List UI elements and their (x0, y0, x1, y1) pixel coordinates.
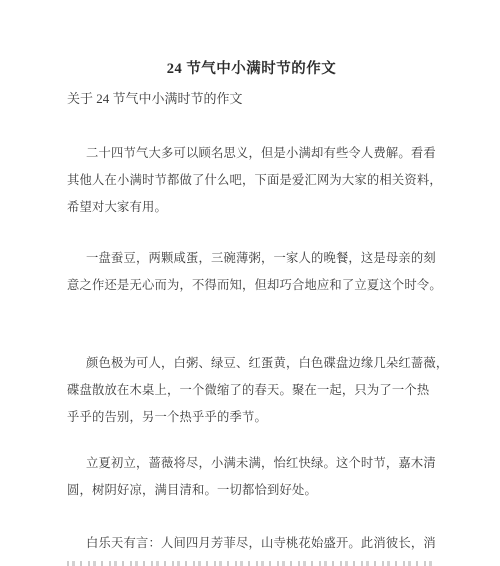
paragraph-5: 白乐天有言：人间四月芳菲尽，山寺桃花始盛开。此消彼长，消 (67, 530, 436, 557)
text-line: 意之作还是无心而为，不得而知，但却巧合地应和了立夏这个时令。 (67, 272, 436, 299)
text-line: 碟盘散放在木桌上，一个微缩了的春天。聚在一起，只为了一个热 (67, 377, 436, 404)
text-line: 二十四节气大多可以顾名思义，但是小满却有些令人费解。看看 (67, 140, 436, 167)
text-line: 颜色极为可人，白粥、绿豆、红蛋黄，白色碟盘边缘几朵红蔷薇， (67, 350, 436, 377)
text-line: 乎乎的告别，另一个热乎乎的季节。 (67, 404, 436, 431)
paragraph-1: 二十四节气大多可以顾名思义，但是小满却有些令人费解。看看 其他人在小满时节都做了… (67, 140, 436, 221)
paragraph-3: 颜色极为可人，白粥、绿豆、红蛋黄，白色碟盘边缘几朵红蔷薇， 碟盘散放在木桌上，一… (67, 350, 436, 431)
paragraph-2: 一盘蚕豆，两颗咸蛋，三碗薄粥，一家人的晚餐，这是母亲的刻 意之作还是无心而为，不… (67, 245, 436, 299)
text-line: 其他人在小满时节都做了什么吧，下面是爱汇网为大家的相关资料， (67, 167, 436, 194)
paragraph-4: 立夏初立，蔷薇将尽，小满未满，怡红快绿。这个时节，嘉木清 圆，树阴好凉，满目清和… (67, 450, 436, 504)
text-line: 立夏初立，蔷薇将尽，小满未满，怡红快绿。这个时节，嘉木清 (67, 450, 436, 477)
text-line: 希望对大家有用。 (67, 194, 436, 221)
text-line: 一盘蚕豆，两颗咸蛋，三碗薄粥，一家人的晚餐，这是母亲的刻 (67, 245, 436, 272)
text-line: 白乐天有言：人间四月芳菲尽，山寺桃花始盛开。此消彼长，消 (67, 530, 436, 557)
document-subtitle: 关于 24 节气中小满时节的作文 (67, 90, 436, 108)
text-line: 圆，树阴好凉，满目清和。一切都恰到好处。 (67, 477, 436, 504)
page-title: 24 节气中小满时节的作文 (67, 58, 436, 80)
document-page: 24 节气中小满时节的作文 关于 24 节气中小满时节的作文 二十四节气大多可以… (0, 0, 500, 566)
clipped-text-line (67, 561, 435, 566)
